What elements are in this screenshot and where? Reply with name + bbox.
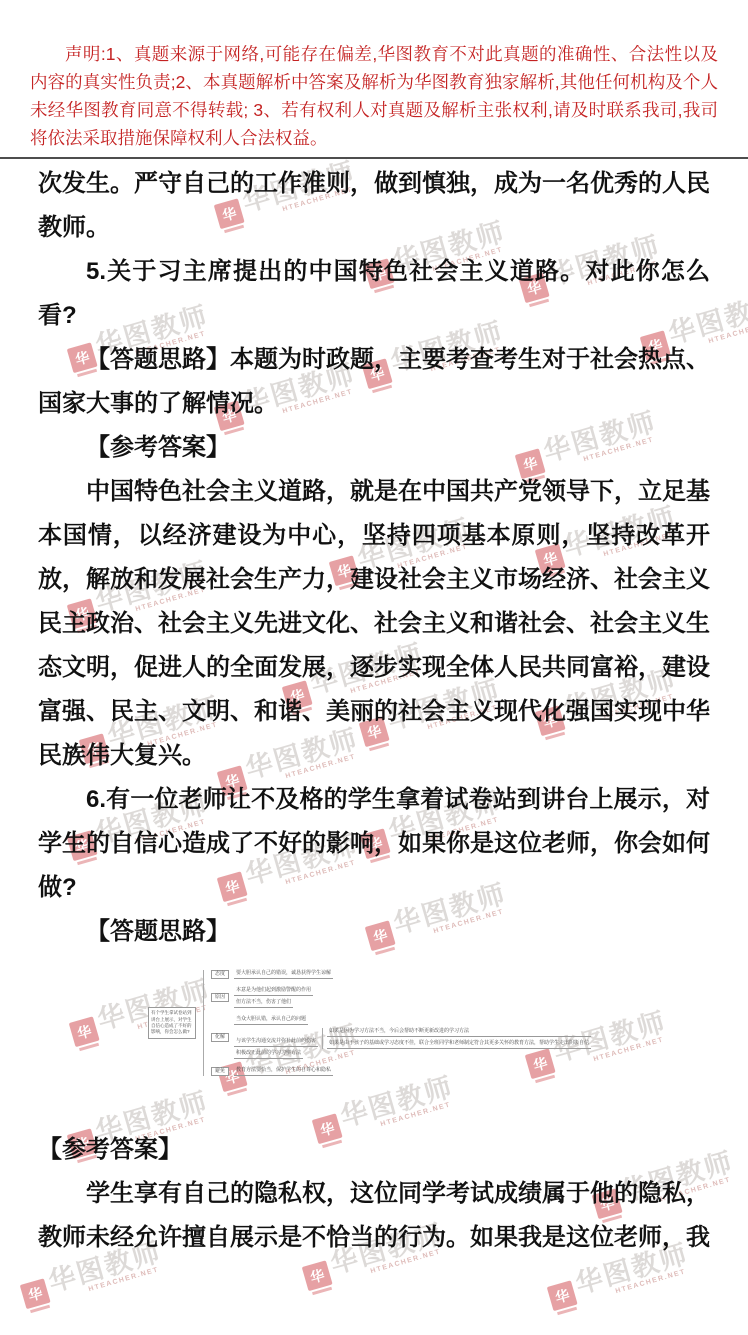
paragraphs-after-diagram: 【参考答案】学生享有自己的隐私权，这位同学考试成绩属于他的隐私，教师未经允许擅自… [38, 1128, 710, 1260]
mindmap-branch: 化解当众大胆认错，承认自己的问题与该学生沟通交流并弥补此前的伤害如果是因为学习方… [211, 1016, 591, 1059]
mindmap-branch-label: 避免 [211, 1067, 229, 1076]
mindmap-leaf: 但方法不当，伤害了他们 [234, 999, 293, 1008]
mindmap-root-node: 有个学生拿试卷站到讲台上展示，对学生自信心造成了不好的影响，你会怎么做? [148, 1007, 196, 1038]
watermark-subtext: HTEACHER.NET [88, 1265, 167, 1294]
mindmap-branch-label: 原因 [211, 993, 229, 1002]
body-text: 次发生。严守自己的工作准则，做到慎独，成为一名优秀的人民教师。5.关于习主席提出… [0, 159, 748, 1260]
mindmap-leaf: 当众大胆认错，承认自己的问题 [234, 1016, 308, 1025]
mindmap-leaf: 积极改正此前的学习习惯方法 [234, 1050, 303, 1059]
mindmap-branch: 态度要大胆承认自己的错误，诚恳获得学生谅解 [211, 970, 591, 979]
mindmap-branch-label: 化解 [211, 1033, 229, 1042]
document-page: 华华图教师HTEACHER.NET华华图教师HTEACHER.NET华华图教师H… [0, 0, 748, 1335]
watermark-subtext: HTEACHER.NET [615, 1267, 694, 1296]
huatu-logo-icon: 华 [20, 1278, 51, 1309]
logo-underbar [30, 1305, 50, 1313]
mindmap-subleaf: 如果是由于孩子的基础或学习态度不佳，联合全班同学和老师制定符合其更多关怀的教育方… [327, 1040, 591, 1049]
mindmap-leaf: 教育方法要恰当，保护学生的自尊心和隐私 [234, 1067, 333, 1076]
mindmap-diagram: 有个学生拿试卷站到讲台上展示，对学生自信心造成了不好的影响，你会怎么做? 态度要… [148, 970, 748, 1076]
mindmap-leaf: 要大胆承认自己的错误，诚恳获得学生谅解 [234, 970, 333, 979]
answer-mindmap-figure: 有个学生拿试卷站到讲台上展示，对学生自信心造成了不好的影响，你会怎么做? 态度要… [38, 956, 710, 1128]
paragraph: 5.关于习主席提出的中国特色社会主义道路。对此你怎么看? [38, 250, 710, 338]
document-content: 声明:1、真题来源于网络,可能存在偏差,华图教育不对此真题的准确性、合法性以及内… [0, 0, 748, 1260]
huatu-logo-icon: 华 [547, 1280, 578, 1311]
mindmap-branch: 避免教育方法要恰当，保护学生的自尊心和隐私 [211, 1067, 591, 1076]
disclaimer-text: 声明:1、真题来源于网络,可能存在偏差,华图教育不对此真题的准确性、合法性以及内… [0, 0, 748, 152]
mindmap-branches: 态度要大胆承认自己的错误，诚恳获得学生谅解原因本意是为他们起到激励警醒的作用但方… [203, 970, 591, 1076]
paragraph: 【答题思路】 [38, 910, 710, 954]
mindmap-branch: 原因本意是为他们起到激励警醒的作用但方法不当，伤害了他们 [211, 987, 591, 1008]
paragraph: 【答题思路】本题为时政题，主要考查考生对于社会热点、国家大事的了解情况。 [38, 338, 710, 426]
paragraph: 学生享有自己的隐私权，这位同学考试成绩属于他的隐私，教师未经允许擅自展示是不恰当… [38, 1172, 710, 1260]
paragraph: 【参考答案】 [38, 426, 710, 470]
paragraph: 【参考答案】 [38, 1128, 710, 1172]
logo-underbar [557, 1307, 577, 1315]
mindmap-leaf: 本意是为他们起到激励警醒的作用 [234, 987, 313, 996]
paragraph: 6.有一位老师让不及格的学生拿着试卷站到讲台上展示，对学生的自信心造成了不好的影… [38, 778, 710, 910]
mindmap-subleaf: 如果是因为学习方法不当，今后会帮助不断更新改进的学习方法 [327, 1028, 591, 1037]
paragraph: 中国特色社会主义道路，就是在中国共产党领导下，立足基本国情，以经济建设为中心，坚… [38, 470, 710, 778]
mindmap-leaf: 与该学生沟通交流并弥补此前的伤害 [234, 1038, 318, 1047]
paragraphs-before-diagram: 次发生。严守自己的工作准则，做到慎独，成为一名优秀的人民教师。5.关于习主席提出… [38, 162, 710, 954]
mindmap-branch-label: 态度 [211, 970, 229, 979]
huatu-logo-icon: 华 [302, 1260, 333, 1291]
paragraph: 次发生。严守自己的工作准则，做到慎独，成为一名优秀的人民教师。 [38, 162, 710, 250]
logo-underbar [312, 1287, 332, 1295]
